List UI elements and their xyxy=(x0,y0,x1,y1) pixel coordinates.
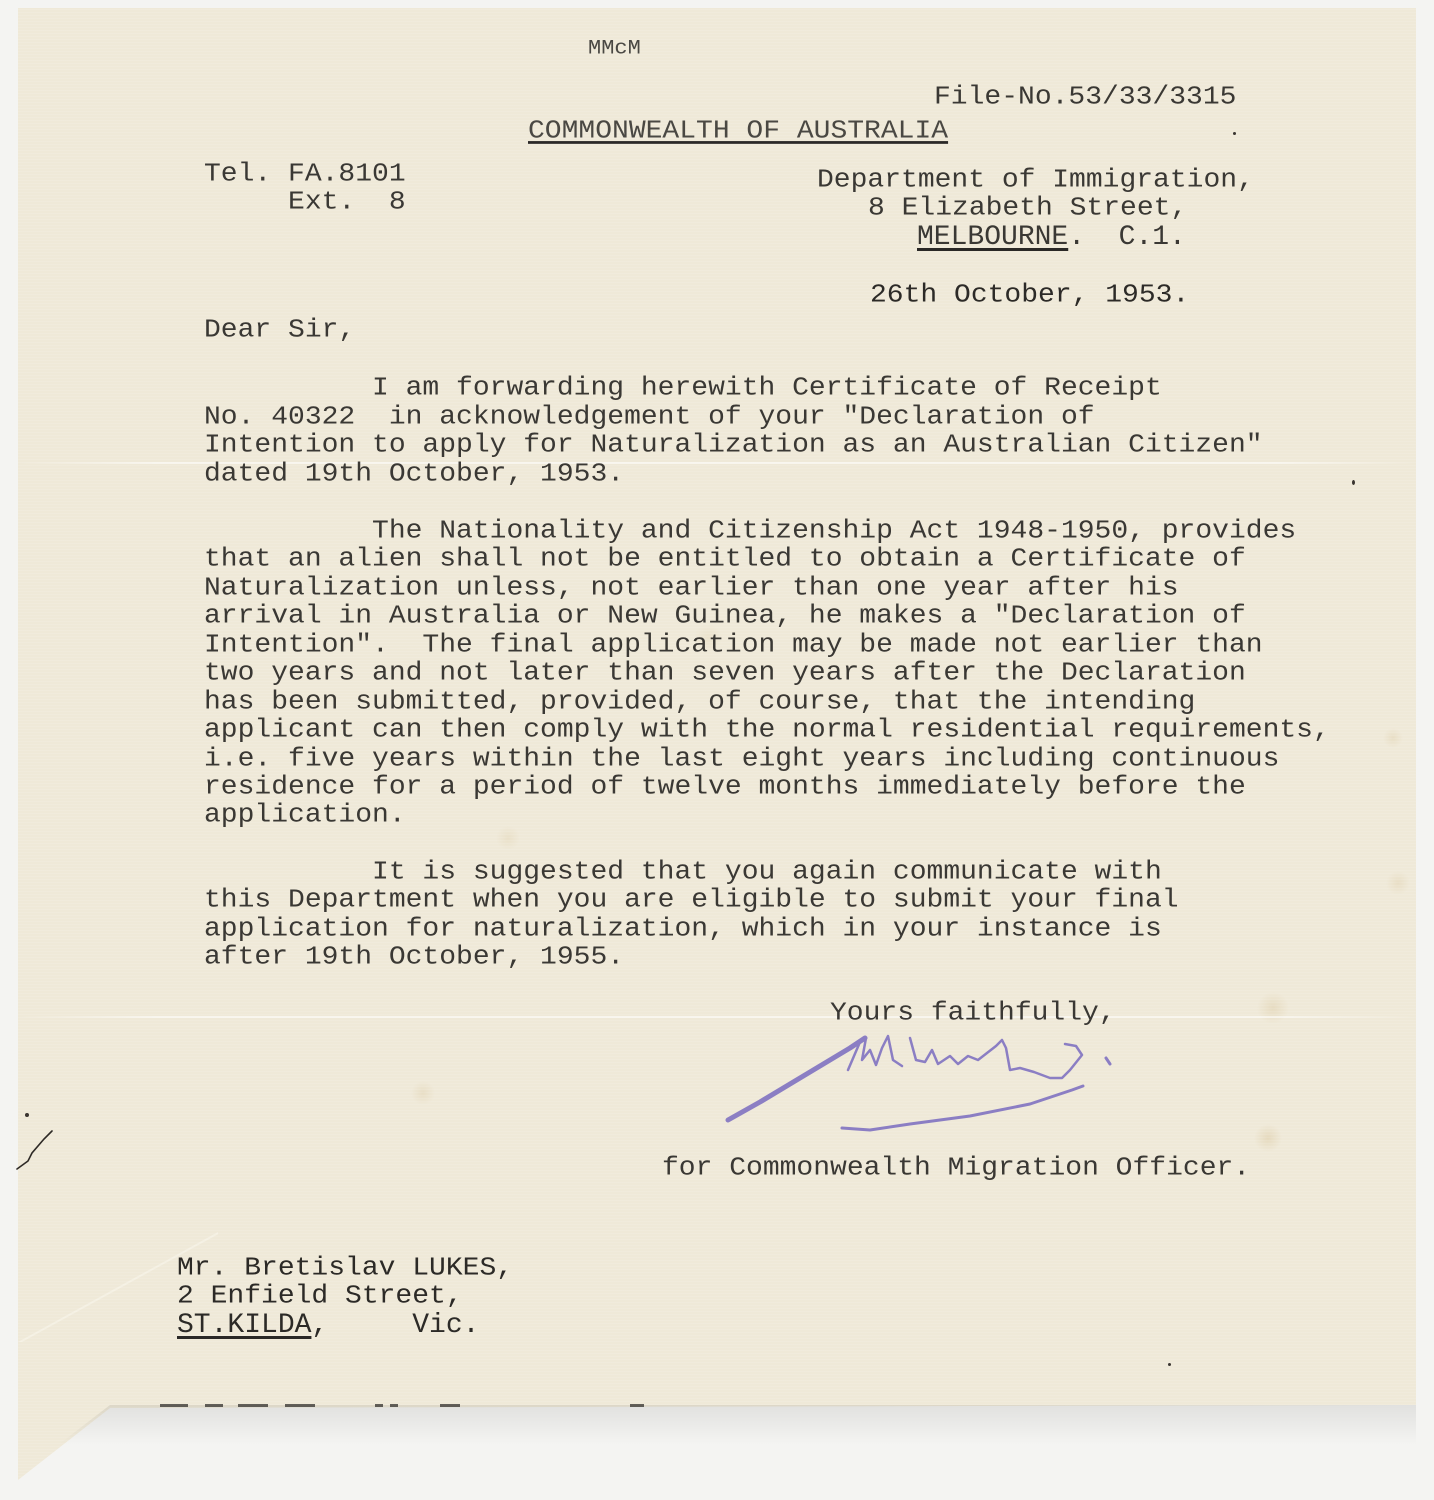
department-city: MELBOURNE xyxy=(917,222,1068,253)
paragraph-line: two years and not later than seven years… xyxy=(204,661,1246,687)
paragraph-line: No. 40322 in acknowledgement of your "De… xyxy=(204,405,1095,431)
paragraph-line: applicant can then comply with the norma… xyxy=(204,718,1330,744)
paragraph-line: after 19th October, 1955. xyxy=(204,945,624,971)
department-street: 8 Elizabeth Street, xyxy=(868,196,1187,222)
paragraph-line: dated 19th October, 1953. xyxy=(204,462,624,488)
paragraph-line: The Nationality and Citizenship Act 1948… xyxy=(204,519,1296,545)
recipient-city-line: ST.KILDA, Vic. xyxy=(177,1312,479,1341)
recipient-state: , Vic. xyxy=(311,1310,479,1341)
paper-shadow xyxy=(18,1405,1416,1445)
paragraph-line: It is suggested that you again communica… xyxy=(204,860,1162,886)
paragraph-line: this Department when you are eligible to… xyxy=(204,888,1179,914)
paragraph-line: Naturalization unless, not earlier than … xyxy=(204,576,1179,602)
paragraph-line: application for naturalization, which in… xyxy=(204,917,1162,943)
paragraph-line: application. xyxy=(204,803,406,829)
typist-initials: MMcM xyxy=(588,36,641,62)
recipient-name: Mr. Bretislav LUKES, xyxy=(177,1256,513,1282)
commonwealth-heading: COMMONWEALTH OF AUSTRALIA xyxy=(528,119,948,145)
paragraph-line: arrival in Australia or New Guinea, he m… xyxy=(204,604,1246,630)
letter-date: 26th October, 1953. xyxy=(870,283,1189,309)
ink-speck xyxy=(1168,1363,1171,1366)
paragraph-line: i.e. five years within the last eight ye… xyxy=(204,747,1279,773)
telephone-extension: Ext. 8 xyxy=(204,190,406,216)
department-name: Department of Immigration, xyxy=(817,168,1254,194)
paragraph-line: residence for a period of twelve months … xyxy=(204,775,1246,801)
file-number: File-No.53/33/3315 xyxy=(934,85,1236,111)
fold-line-lower xyxy=(18,1016,1416,1018)
department-city-line: MELBOURNE. C.1. xyxy=(917,224,1186,253)
salutation: Dear Sir, xyxy=(204,318,355,344)
recipient-city: ST.KILDA xyxy=(177,1310,311,1341)
department-postcode: . C.1. xyxy=(1068,222,1186,253)
paragraph-line: has been submitted, provided, of course,… xyxy=(204,690,1195,716)
recipient-street: 2 Enfield Street, xyxy=(177,1284,463,1310)
paragraph-line: Intention". The final application may be… xyxy=(204,633,1263,659)
telephone-number: Tel. FA.8101 xyxy=(204,162,406,188)
paragraph-line: Intention to apply for Naturalization as… xyxy=(204,433,1263,459)
paragraph-line: that an alien shall not be entitled to o… xyxy=(204,547,1246,573)
paragraph-line: I am forwarding herewith Certificate of … xyxy=(204,376,1162,402)
torn-typed-remnants xyxy=(150,1404,750,1410)
ink-speck xyxy=(1352,480,1355,485)
signature-icon xyxy=(710,1020,1150,1150)
ink-speck xyxy=(25,1113,29,1117)
ink-speck xyxy=(1233,132,1236,135)
pen-mark-icon xyxy=(14,1125,59,1175)
signatory-title: for Commonwealth Migration Officer. xyxy=(662,1156,1250,1182)
